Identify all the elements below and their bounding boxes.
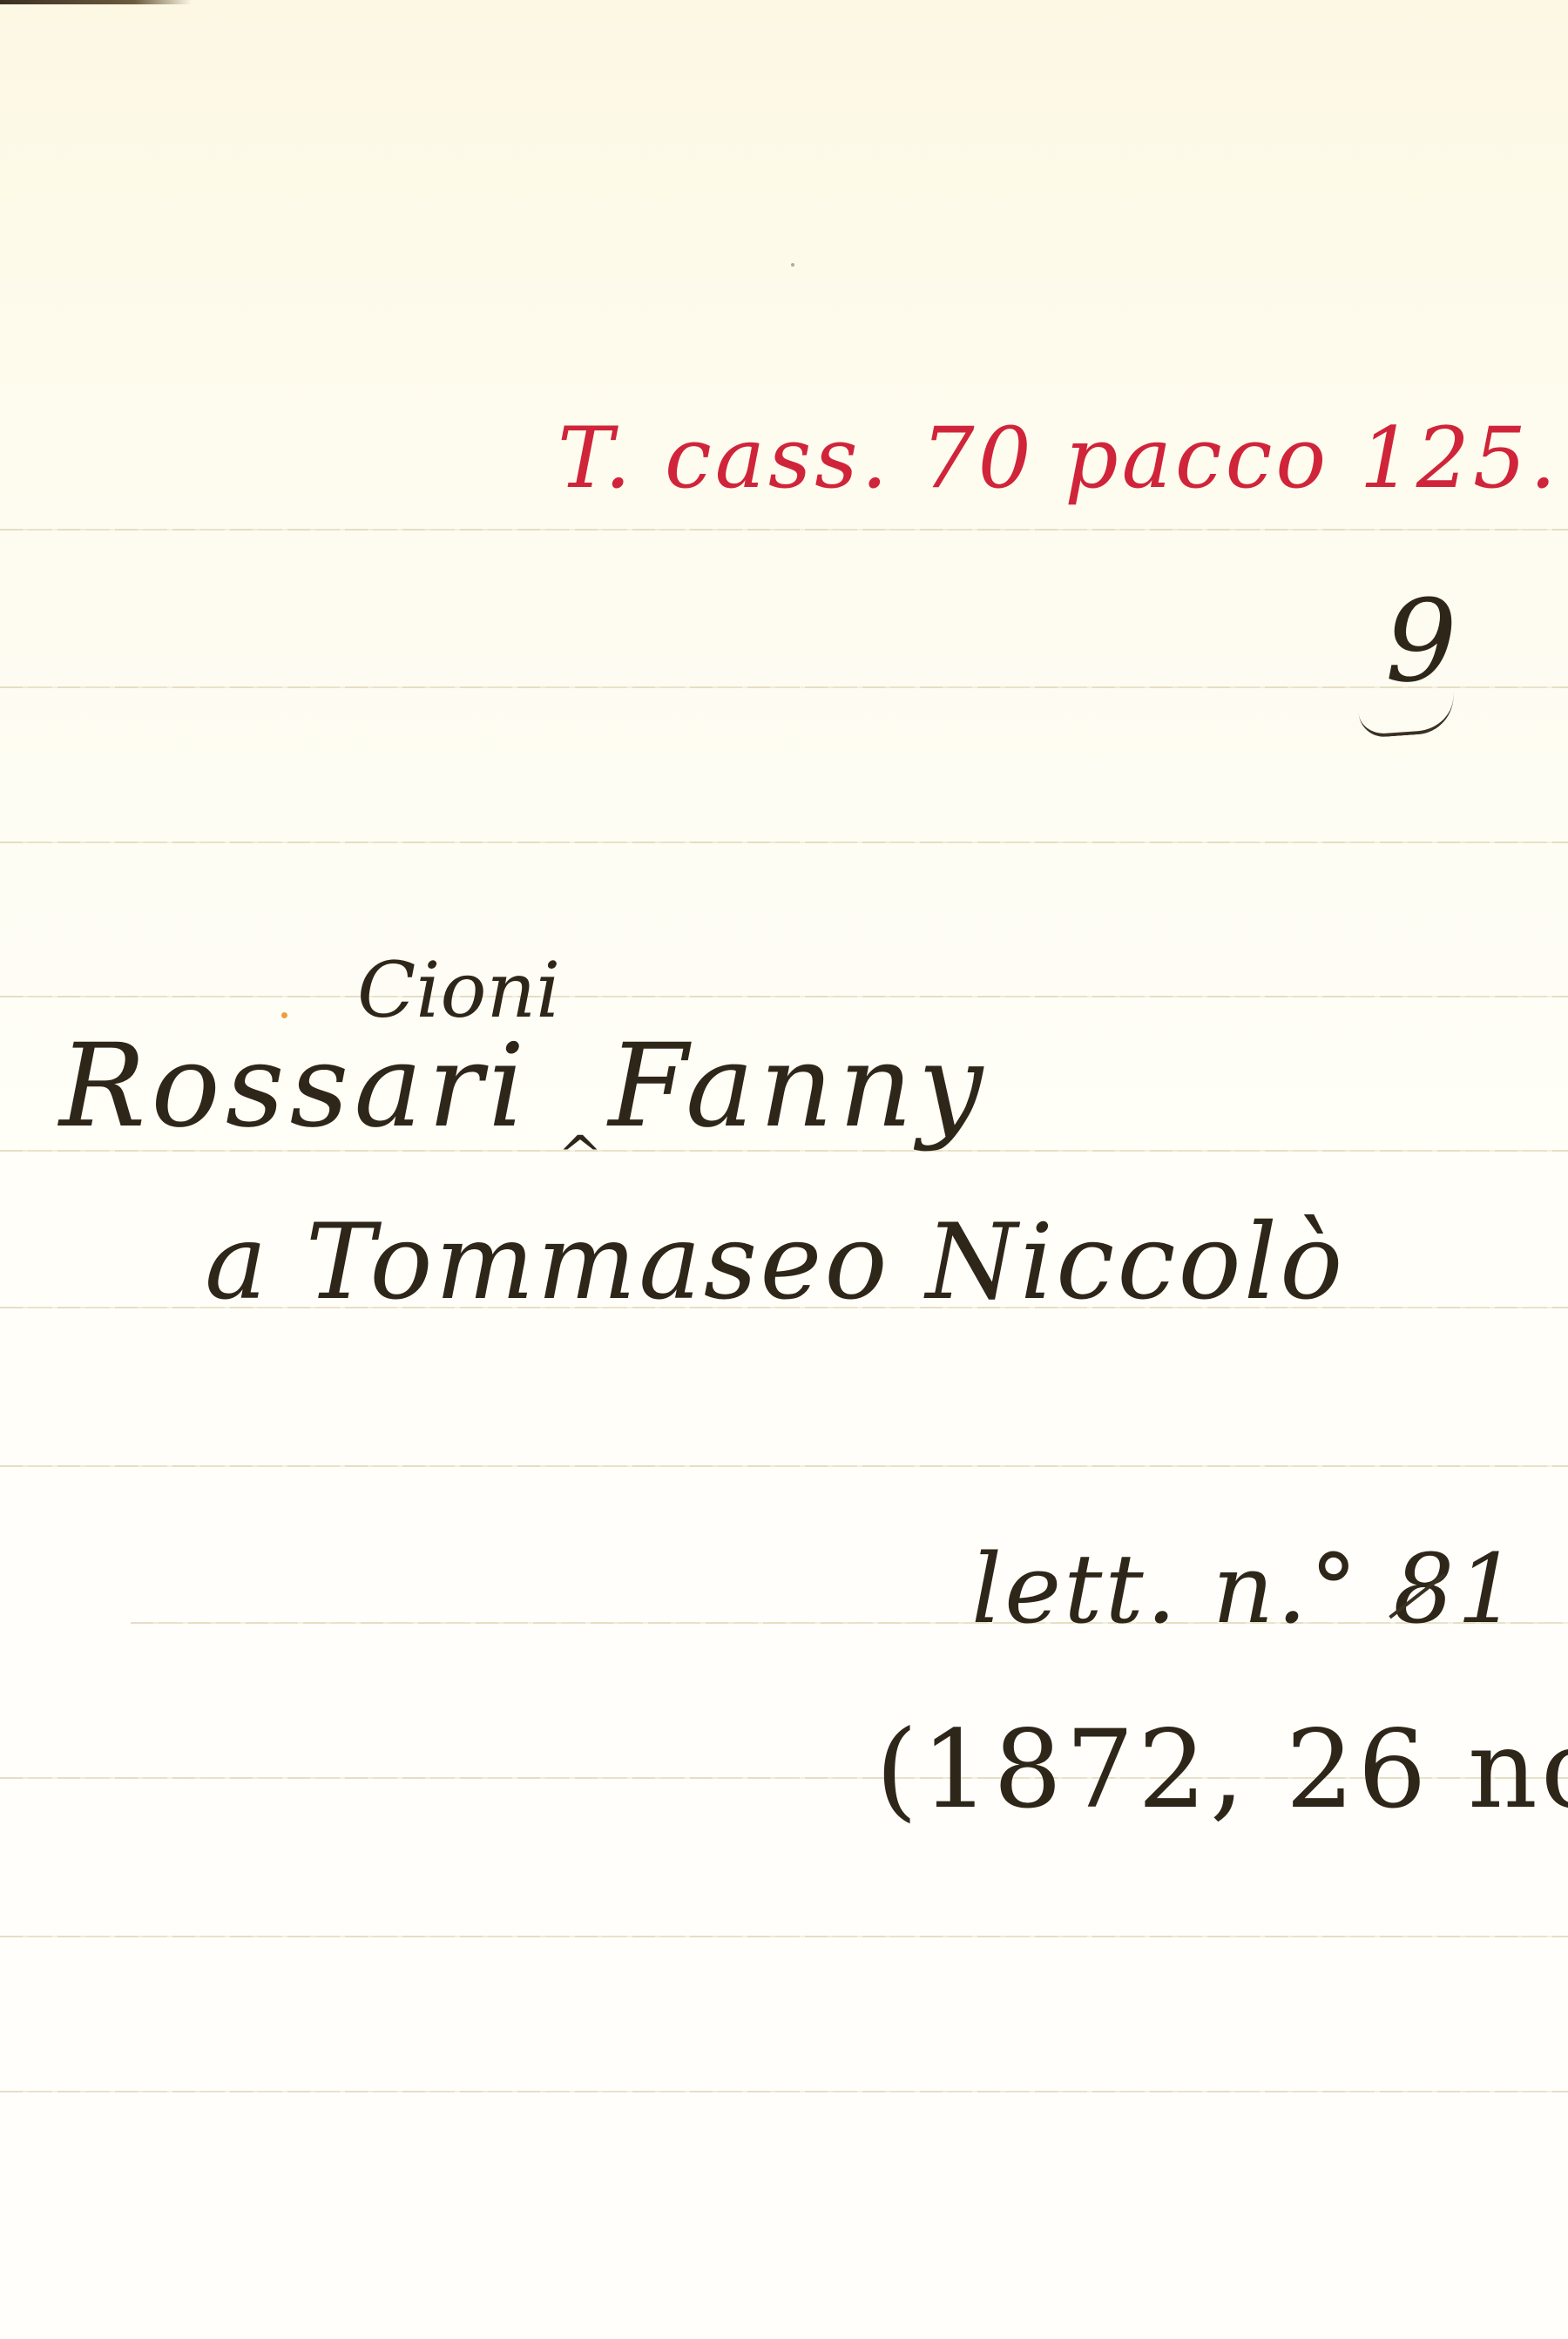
- ruled-line: [0, 842, 1568, 843]
- archive-locator: T. cass. 70 pacco 125.: [558, 409, 1559, 507]
- correspondent-name: RossariFanny: [59, 1019, 988, 1153]
- correspondent-surname: Rossari: [59, 1019, 530, 1153]
- struck-digit: 8: [1393, 1533, 1456, 1645]
- ink-speck: [791, 263, 794, 267]
- folder-number: 9: [1385, 575, 1457, 707]
- ruled-line: [0, 686, 1568, 688]
- letter-number: lett. n.° 81: [971, 1533, 1520, 1645]
- folder-number-underline: [1358, 693, 1456, 739]
- letter-date: (1872, 26 nov.): [875, 1707, 1568, 1833]
- ruled-line: [0, 996, 1568, 997]
- ink-speck: [281, 1012, 287, 1018]
- ruled-line: [0, 1465, 1568, 1467]
- recipient: a Tommaseo Niccolò: [205, 1202, 1345, 1323]
- letter-number-digit: 1: [1456, 1533, 1520, 1645]
- ruled-line: [0, 1936, 1568, 1937]
- card-edge-shadow: [0, 0, 192, 4]
- ruled-line: [0, 2091, 1568, 2092]
- insertion-caret: ^: [558, 1124, 603, 1187]
- ruled-line: [0, 529, 1568, 531]
- letter-number-prefix: lett. n.°: [971, 1533, 1360, 1645]
- index-card: T. cass. 70 pacco 125. 9 Cioni RossariFa…: [0, 0, 1568, 2339]
- correspondent-given-name: Fanny: [608, 1019, 988, 1153]
